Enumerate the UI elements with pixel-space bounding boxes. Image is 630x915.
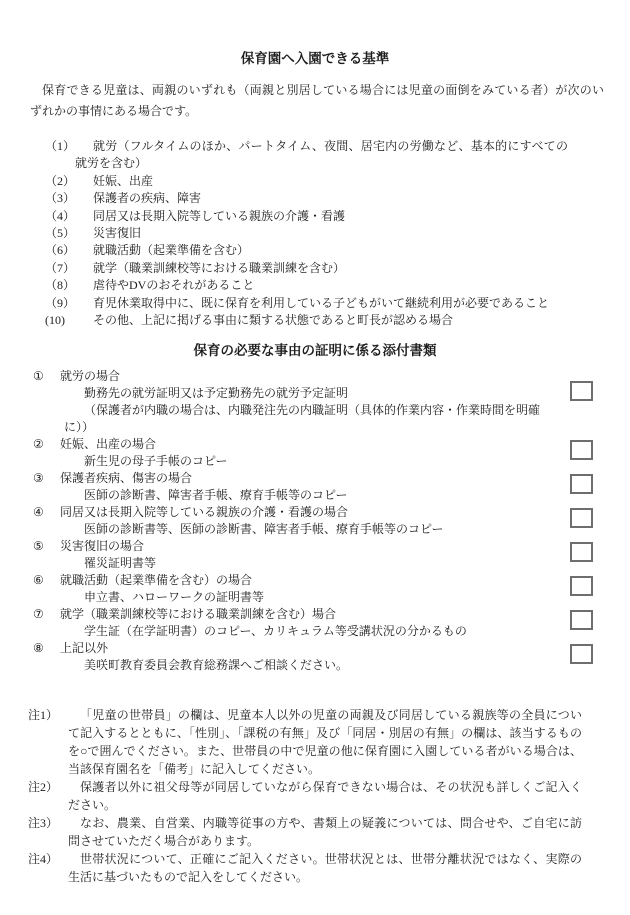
- page-title: 保育園へ入園できる基準: [0, 50, 630, 68]
- criteria-text: 虐待やDVのおそれがあること: [93, 278, 254, 292]
- attachment-case: 災害復旧の場合: [60, 538, 550, 555]
- attachment-item-1: ① 就労の場合 勤務先の就労証明又は予定勤務先の就労予定証明 （保護者が内職の場…: [0, 368, 630, 436]
- criteria-text: 保護者の疾病、障害: [93, 191, 201, 205]
- attachment-case: 就職活動（起業準備を含む）の場合: [60, 572, 550, 589]
- criteria-text: 育児休業取得中に、既に保育を利用している子どもがいて継続利用が必要であること: [93, 296, 549, 310]
- criteria-text: 同居又は長期入院等している親族の介護・看護: [93, 209, 345, 223]
- footnote: 注4）世帯状況について、正確にご記入ください。世帯状況とは、世帯分離状況ではなく…: [0, 850, 630, 886]
- attachment-detail: 勤務先の就労証明又は予定勤務先の就労予定証明: [84, 385, 560, 402]
- attachment-checkbox[interactable]: [570, 542, 593, 562]
- footnote: 注2）保護者以外に祖父母等が同居していながら保育できない場合は、その状況も詳しく…: [0, 778, 630, 814]
- footnote-number: 注1）: [28, 706, 58, 724]
- attachment-item-7: ⑦ 就学（職業訓練校等における職業訓練を含む）場合 学生証（在学証明書）のコピー…: [0, 606, 630, 640]
- footnotes-list: 注1）「児童の世帯員」の欄は、児童本人以外の児童の両親及び同居している親族等の全…: [0, 706, 630, 886]
- criteria-item: （7）就学（職業訓練校等における職業訓練を含む）: [0, 260, 630, 277]
- criteria-text: 就労（フルタイムのほか、パートタイム、夜間、居宅内の労働など、基本的にすべての就…: [75, 139, 568, 170]
- criteria-number: （1）: [45, 138, 75, 155]
- criteria-item: （1）就労（フルタイムのほか、パートタイム、夜間、居宅内の労働など、基本的にすべ…: [0, 138, 630, 173]
- criteria-item: （8）虐待やDVのおそれがあること: [0, 277, 630, 294]
- footnote: 注3）なお、農業、自営業、内職等従事の方や、書類上の疑義については、問合せや、ご…: [0, 814, 630, 850]
- attachment-detail: 医師の診断書、障害者手帳、療育手帳等のコピー: [84, 487, 560, 504]
- criteria-number: （3）: [45, 190, 75, 207]
- attachment-checkbox[interactable]: [570, 474, 593, 494]
- attachment-case: 就労の場合: [60, 368, 550, 385]
- attachment-item-6: ⑥ 就職活動（起業準備を含む）の場合 申立書、ハローワークの証明書等: [0, 572, 630, 606]
- criteria-number: （9）: [45, 295, 75, 312]
- attachment-item-4: ④ 同居又は長期入院等している親族の介護・看護の場合 医師の診断書等、医師の診断…: [0, 504, 630, 538]
- footnote: 注1）「児童の世帯員」の欄は、児童本人以外の児童の両親及び同居している親族等の全…: [0, 706, 630, 778]
- circled-number: ⑦: [33, 606, 44, 623]
- criteria-item: （5）災害復旧: [0, 225, 630, 242]
- footnote-number: 注2）: [28, 778, 58, 796]
- attachment-detail: 医師の診断書等、医師の診断書、障害者手帳、療育手帳等のコピー: [84, 521, 560, 538]
- circled-number: ⑥: [33, 572, 44, 589]
- attachment-detail: 罹災証明書等: [84, 555, 560, 572]
- attachment-checkbox[interactable]: [570, 576, 593, 596]
- criteria-list: （1）就労（フルタイムのほか、パートタイム、夜間、居宅内の労働など、基本的にすべ…: [0, 138, 630, 329]
- footnote-number: 注4）: [28, 850, 58, 868]
- circled-number: ⑤: [33, 538, 44, 555]
- attachment-detail: 学生証（在学証明書）のコピー、カリキュラム等受講状況の分かるもの: [84, 623, 560, 640]
- criteria-number: （4）: [45, 208, 75, 225]
- criteria-text: その他、上記に掲げる事由に類する状態であると町長が認める場合: [93, 313, 453, 327]
- circled-number: ①: [33, 368, 44, 385]
- criteria-text: 災害復旧: [93, 226, 141, 240]
- attachment-detail: 新生児の母子手帳のコピー: [84, 453, 560, 470]
- attachment-item-2: ② 妊娠、出産の場合 新生児の母子手帳のコピー: [0, 436, 630, 470]
- footnote-text: 「児童の世帯員」の欄は、児童本人以外の児童の両親及び同居している親族等の全員につ…: [68, 708, 582, 776]
- attachment-detail: 申立書、ハローワークの証明書等: [84, 589, 560, 606]
- attachment-case: 保護者疾病、傷害の場合: [60, 470, 550, 487]
- attachment-item-8: ⑧ 上記以外 美咲町教育委員会教育総務課へご相談ください。: [0, 640, 630, 674]
- attachment-documents-list: ① 就労の場合 勤務先の就労証明又は予定勤務先の就労予定証明 （保護者が内職の場…: [0, 368, 630, 674]
- attachment-checkbox[interactable]: [570, 644, 593, 664]
- criteria-item: （6）就職活動（起業準備を含む）: [0, 242, 630, 259]
- criteria-item: （3）保護者の疾病、障害: [0, 190, 630, 207]
- criteria-number: （7）: [45, 260, 75, 277]
- document-page: 保育園へ入園できる基準 保育できる児童は、両親のいずれも（両親と別居している場合…: [0, 0, 630, 915]
- intro-paragraph: 保育できる児童は、両親のいずれも（両親と別居している場合には児童の面倒をみている…: [30, 80, 604, 122]
- attachment-checkbox[interactable]: [570, 381, 593, 401]
- footnote-text: 保護者以外に祖父母等が同居していながら保育できない場合は、その状況も詳しくご記入…: [68, 780, 582, 812]
- attachment-case: 妊娠、出産の場合: [60, 436, 550, 453]
- criteria-number: （5）: [45, 225, 75, 242]
- circled-number: ⑧: [33, 640, 44, 657]
- attachment-checkbox[interactable]: [570, 508, 593, 528]
- attachment-item-5: ⑤ 災害復旧の場合 罹災証明書等: [0, 538, 630, 572]
- attachment-case: 上記以外: [60, 640, 550, 657]
- criteria-text: 就学（職業訓練校等における職業訓練を含む）: [93, 261, 345, 275]
- circled-number: ②: [33, 436, 44, 453]
- criteria-text: 就職活動（起業準備を含む）: [93, 243, 249, 257]
- criteria-item: （2）妊娠、出産: [0, 173, 630, 190]
- criteria-item: （9）育児休業取得中に、既に保育を利用している子どもがいて継続利用が必要であるこ…: [0, 295, 630, 312]
- attachment-item-3: ③ 保護者疾病、傷害の場合 医師の診断書、障害者手帳、療育手帳等のコピー: [0, 470, 630, 504]
- attachment-detail: 美咲町教育委員会教育総務課へご相談ください。: [84, 657, 560, 674]
- attachments-section-title: 保育の必要な事由の証明に係る添付書類: [0, 342, 630, 360]
- criteria-number: （8）: [45, 277, 75, 294]
- attachment-parenthetical: （保護者が内職の場合は、内職発注先の内職証明（具体的作業内容・作業時間を明確に）…: [64, 402, 546, 436]
- criteria-text: 妊娠、出産: [93, 174, 153, 188]
- criteria-number: （6）: [45, 242, 75, 259]
- footnote-text: なお、農業、自営業、内職等従事の方や、書類上の疑義については、問合せや、ご自宅に…: [68, 816, 582, 848]
- criteria-item: （4）同居又は長期入院等している親族の介護・看護: [0, 208, 630, 225]
- criteria-number: （2）: [45, 173, 75, 190]
- criteria-number: (10): [45, 312, 65, 329]
- attachment-case: 同居又は長期入院等している親族の介護・看護の場合: [60, 504, 550, 521]
- circled-number: ③: [33, 470, 44, 487]
- attachment-checkbox[interactable]: [570, 610, 593, 630]
- attachment-case: 就学（職業訓練校等における職業訓練を含む）場合: [60, 606, 550, 623]
- circled-number: ④: [33, 504, 44, 521]
- footnote-text: 世帯状況について、正確にご記入ください。世帯状況とは、世帯分離状況ではなく、実際…: [68, 852, 582, 884]
- criteria-item: (10)その他、上記に掲げる事由に類する状態であると町長が認める場合: [0, 312, 630, 329]
- footnote-number: 注3）: [28, 814, 58, 832]
- attachment-checkbox[interactable]: [570, 440, 593, 460]
